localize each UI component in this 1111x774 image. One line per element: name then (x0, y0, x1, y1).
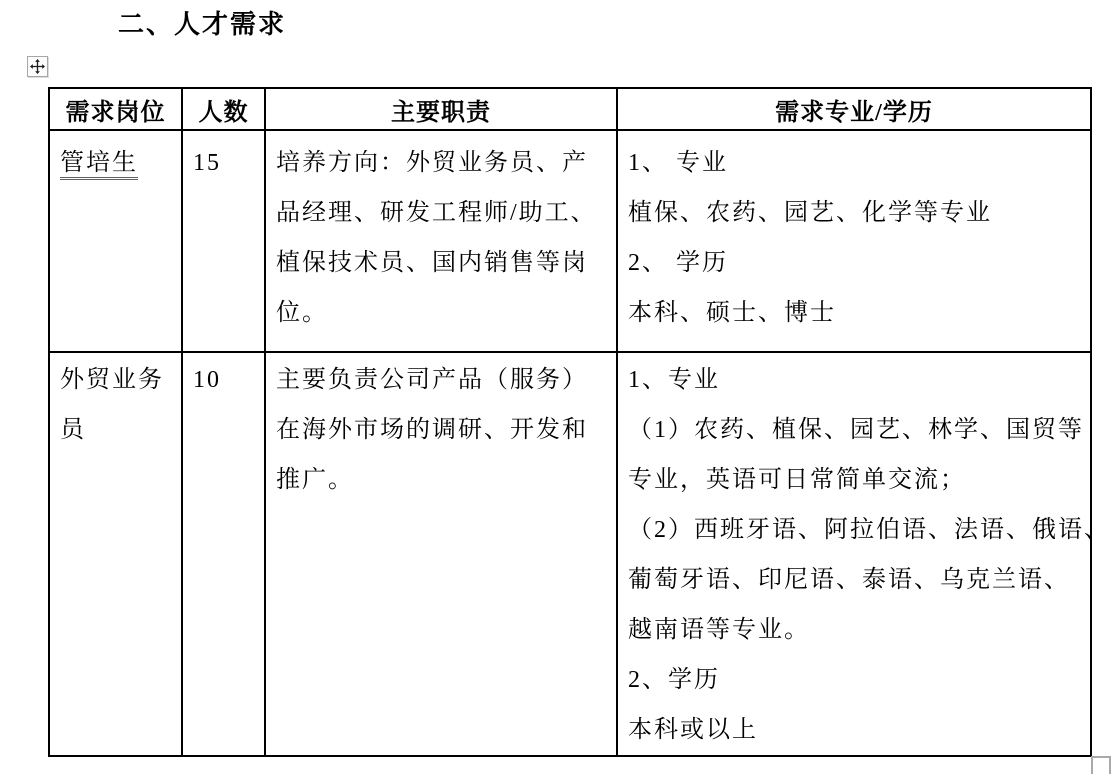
header-row: 需求岗位 人数 主要职责 需求专业/学历 (49, 88, 1091, 130)
cell-text-line: 员 (60, 405, 171, 455)
cell-text-line: 本科或以上 (628, 705, 1080, 755)
table-row: 管培生 15 培养方向：外贸业务员、产 品经理、研发工程师/助工、 植保技术员、… (49, 130, 1091, 352)
cell-text-line: 外贸业务 (60, 355, 171, 405)
header-position[interactable]: 需求岗位 (49, 88, 182, 130)
cell-requirements[interactable]: 1、专业 （1）农药、植保、园艺、林学、国贸等 专业，英语可日常简单交流； （2… (617, 352, 1091, 756)
header-requirements[interactable]: 需求专业/学历 (617, 88, 1091, 130)
cell-text-line: 1、专业 (628, 355, 1080, 405)
table-resize-handle[interactable] (1091, 756, 1111, 774)
move-all-icon (30, 59, 45, 74)
cell-text-line: 管培生 (60, 138, 171, 188)
cell-duties[interactable]: 主要负责公司产品（服务） 在海外市场的调研、开发和 推广。 (265, 352, 617, 756)
cell-duties[interactable]: 培养方向：外贸业务员、产 品经理、研发工程师/助工、 植保技术员、国内销售等岗 … (265, 130, 617, 352)
cell-headcount[interactable]: 10 (182, 352, 265, 756)
cell-text-line: 10 (193, 355, 254, 405)
grammar-underlined-text: 管培生 (60, 150, 138, 180)
cell-text-line: 2、学历 (628, 655, 1080, 705)
table-move-handle[interactable] (27, 56, 48, 77)
cell-text-line: 品经理、研发工程师/助工、 (276, 188, 606, 238)
section-heading[interactable]: 二、人才需求 (118, 4, 286, 41)
cell-text-line: 本科、硕士、博士 (628, 288, 1080, 338)
cell-text-line: （1）农药、植保、园艺、林学、国贸等 (628, 405, 1080, 455)
header-duties[interactable]: 主要职责 (265, 88, 617, 130)
table-row: 外贸业务 员 10 主要负责公司产品（服务） 在海外市场的调研、开发和 推广。 … (49, 352, 1091, 756)
header-headcount[interactable]: 人数 (182, 88, 265, 130)
cell-text-line: 培养方向：外贸业务员、产 (276, 138, 606, 188)
cell-text-line: 推广。 (276, 455, 606, 505)
cell-text-line: 1、 专业 (628, 138, 1080, 188)
cell-text-line: 植保技术员、国内销售等岗 (276, 238, 606, 288)
cell-text-line: 专业，英语可日常简单交流； (628, 455, 1080, 505)
cell-text-line: 15 (193, 138, 254, 188)
cell-text-line: 2、 学历 (628, 238, 1080, 288)
cell-text-line: 葡萄牙语、印尼语、泰语、乌克兰语、 (628, 555, 1080, 605)
cell-text-line: 在海外市场的调研、开发和 (276, 405, 606, 455)
cell-text-line: 越南语等专业。 (628, 605, 1080, 655)
cell-headcount[interactable]: 15 (182, 130, 265, 352)
talent-requirements-table: 需求岗位 人数 主要职责 需求专业/学历 管培生 15 培养方向：外贸业务员、产… (48, 87, 1092, 757)
cell-position[interactable]: 外贸业务 员 (49, 352, 182, 756)
cell-requirements[interactable]: 1、 专业 植保、农药、园艺、化学等专业 2、 学历 本科、硕士、博士 (617, 130, 1091, 352)
cell-position[interactable]: 管培生 (49, 130, 182, 352)
cell-text-line: 植保、农药、园艺、化学等专业 (628, 188, 1080, 238)
cell-text-line: 位。 (276, 288, 606, 338)
cell-text-line: 主要负责公司产品（服务） (276, 355, 606, 405)
cell-text-line: （2）西班牙语、阿拉伯语、法语、俄语、 (628, 505, 1080, 555)
